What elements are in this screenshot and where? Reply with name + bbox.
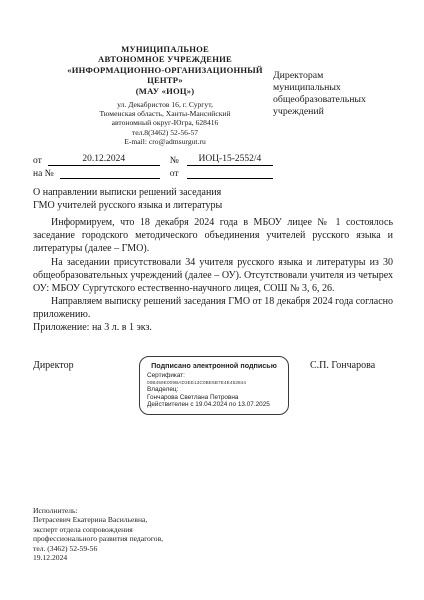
outgoing-ref-row: от 20.12.2024 № ИОЦ-15-2552/4 bbox=[33, 153, 273, 166]
outgoing-from-label: от bbox=[33, 156, 42, 166]
incoming-number-label: на № bbox=[33, 169, 54, 179]
body-paragraph: Информируем, что 18 декабря 2024 года в … bbox=[33, 216, 393, 256]
incoming-ref-row: на № от bbox=[33, 166, 273, 179]
org-address-line: автономный округ-Югра, 628416 bbox=[40, 118, 290, 127]
org-name-line: АВТОНОМНОЕ УЧРЕЖДЕНИЕ bbox=[40, 54, 290, 64]
recipient-block: Директорам муниципальных общеобразовател… bbox=[273, 70, 403, 118]
subject-line: О направлении выписки решений заседания bbox=[33, 186, 313, 199]
signatory-position: Директор bbox=[33, 360, 74, 371]
executor-line: Петрасевич Екатерина Васильевна, bbox=[33, 515, 233, 524]
org-name-line: МУНИЦИПАЛЬНОЕ bbox=[40, 44, 290, 54]
stamp-cert-label: Сертификат: bbox=[147, 372, 281, 380]
stamp-validity: Действителен с 19.04.2024 по 13.07.2025 bbox=[147, 401, 281, 409]
org-name-line: ЦЕНТР» bbox=[40, 75, 290, 85]
executor-line: 19.12.2024 bbox=[33, 553, 233, 562]
incoming-date-blank bbox=[187, 167, 273, 179]
stamp-title: Подписано электронной подписью bbox=[147, 361, 281, 370]
executor-block: Исполнитель: Петрасевич Екатерина Василь… bbox=[33, 506, 233, 562]
org-address: ул. Декабристов 16, г. Сургут, Тюменская… bbox=[40, 100, 290, 146]
org-address-line: Тюменская область, Ханты-Мансийский bbox=[40, 109, 290, 118]
recipient-line: Директорам bbox=[273, 70, 403, 82]
outgoing-date: 20.12.2024 bbox=[48, 154, 160, 166]
org-address-line: E-mail: cro@admsurgut.ru bbox=[40, 137, 290, 146]
org-name-line: «ИНФОРМАЦИОННО-ОРГАНИЗАЦИОННЫЙ bbox=[40, 65, 290, 75]
subject-line: ГМО учителей русского языка и литературы bbox=[33, 199, 313, 212]
letter-body: Информируем, что 18 декабря 2024 года в … bbox=[33, 216, 393, 322]
stamp-owner-label: Владелец: bbox=[147, 386, 281, 394]
executor-line: Исполнитель: bbox=[33, 506, 233, 515]
executor-line: эксперт отдела сопровождения bbox=[33, 525, 233, 534]
recipient-line: общеобразовательных bbox=[273, 94, 403, 106]
executor-line: тел. (3462) 52-59-56 bbox=[33, 544, 233, 553]
org-address-line: ул. Декабристов 16, г. Сургут, bbox=[40, 100, 290, 109]
letter-subject: О направлении выписки решений заседания … bbox=[33, 186, 313, 212]
reference-rows: от 20.12.2024 № ИОЦ-15-2552/4 на № от bbox=[33, 153, 273, 179]
org-name: МУНИЦИПАЛЬНОЕ АВТОНОМНОЕ УЧРЕЖДЕНИЕ «ИНФ… bbox=[40, 44, 290, 96]
org-address-line: тел.8(3462) 52-56-57 bbox=[40, 128, 290, 137]
incoming-number-blank bbox=[60, 167, 160, 179]
attachment-note: Приложение: на 3 л. в 1 экз. bbox=[33, 322, 152, 333]
signatory-name: С.П. Гончарова bbox=[310, 360, 375, 371]
letter-page: МУНИЦИПАЛЬНОЕ АВТОНОМНОЕ УЧРЕЖДЕНИЕ «ИНФ… bbox=[0, 0, 424, 600]
body-paragraph: На заседании присутствовали 34 учителя р… bbox=[33, 256, 393, 296]
org-name-line: (МАУ «ИОЦ») bbox=[40, 86, 290, 96]
outgoing-number: ИОЦ-15-2552/4 bbox=[187, 154, 273, 166]
recipient-line: муниципальных bbox=[273, 82, 403, 94]
org-letterhead: МУНИЦИПАЛЬНОЕ АВТОНОМНОЕ УЧРЕЖДЕНИЕ «ИНФ… bbox=[40, 44, 290, 146]
body-paragraph: Направляем выписку решений заседания ГМО… bbox=[33, 295, 393, 321]
recipient-line: учреждений bbox=[273, 106, 403, 118]
executor-line: профессионального развития педагогов, bbox=[33, 534, 233, 543]
outgoing-number-label: № bbox=[170, 156, 179, 166]
incoming-from-label: от bbox=[170, 169, 179, 179]
digital-signature-stamp: Подписано электронной подписью Сертифика… bbox=[139, 356, 289, 415]
